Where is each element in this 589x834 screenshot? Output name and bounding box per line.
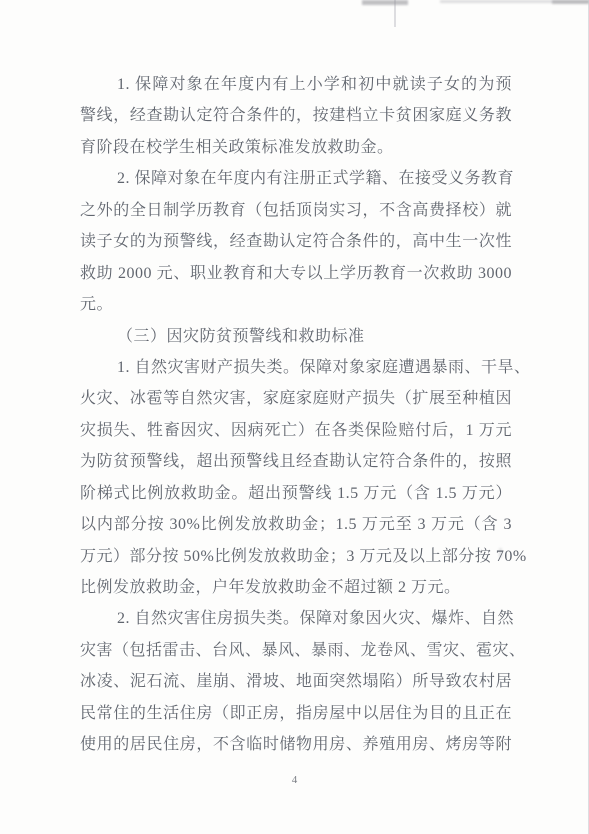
text-line: （三）因灾防贫预警线和救助标准 bbox=[80, 321, 512, 352]
text-line: 2. 保障对象在年度内有注册正式学籍、在接受义务教育 bbox=[80, 163, 512, 194]
text-line: 之外的全日制学历教育（包括顶岗实习，不含高费择校）就 bbox=[80, 195, 512, 226]
text-line: 灾损失、牲畜因灾、因病死亡）在各类保险赔付后，1 万元 bbox=[80, 415, 512, 446]
scan-smudge bbox=[440, 0, 589, 3]
text-line: 阶梯式比例放救助金。超出预警线 1.5 万元（含 1.5 万元） bbox=[80, 478, 512, 509]
text-line: 1. 保障对象在年度内有上小学和初中就读子女的为预 bbox=[80, 69, 512, 100]
text-line: 为防贫预警线，超出预警线且经查勘认定符合条件的，按照 bbox=[80, 446, 512, 477]
text-line: 救助 2000 元、职业教育和大专以上学历教育一次救助 3000 bbox=[80, 258, 512, 289]
text-line: 以内部分按 30%比例发放救助金；1.5 万元至 3 万元（含 3 bbox=[80, 509, 512, 540]
text-line: 读子女的为预警线，经查勘认定符合条件的，高中生一次性 bbox=[80, 226, 512, 257]
text-line: 火灾、冰雹等自然灾害，家庭家庭财产损失（扩展至种植因 bbox=[80, 383, 512, 414]
text-line: 2. 自然灾害住房损失类。保障对象因火灾、爆炸、自然 bbox=[80, 603, 512, 634]
text-line: 警线，经查勘认定符合条件的，按建档立卡贫困家庭义务教 bbox=[80, 100, 512, 131]
text-line: 元。 bbox=[80, 289, 512, 320]
text-line: 使用的居民住房，不含临时储物用房、养殖用房、烤房等附 bbox=[80, 729, 512, 760]
text-line: 万元）部分按 50%比例发放救助金；3 万元及以上部分按 70% bbox=[80, 541, 512, 572]
scan-scratch bbox=[394, 0, 396, 27]
text-line: 冰凌、泥石流、崖崩、滑坡、地面突然塌陷）所导致农村居 bbox=[80, 666, 512, 697]
text-block: 1. 保障对象在年度内有上小学和初中就读子女的为预警线，经查勘认定符合条件的，按… bbox=[80, 69, 512, 761]
document-page: 1. 保障对象在年度内有上小学和初中就读子女的为预警线，经查勘认定符合条件的，按… bbox=[0, 0, 589, 834]
text-line: 民常住的生活住房（即正房，指房屋中以居住为目的且正在 bbox=[80, 698, 512, 729]
text-line: 比例发放救助金，户年发放救助金不超过额 2 万元。 bbox=[80, 572, 512, 603]
text-line: 灾害（包括雷击、台风、暴风、暴雨、龙卷风、雪灾、雹灾、 bbox=[80, 635, 512, 666]
text-line: 育阶段在校学生相关政策标准发放救助金。 bbox=[80, 132, 512, 163]
text-line: 1. 自然灾害财产损失类。保障对象家庭遭遇暴雨、干旱、 bbox=[80, 352, 512, 383]
scan-smudge bbox=[362, 0, 408, 5]
page-number: 4 bbox=[0, 774, 589, 786]
scan-smudge bbox=[552, 0, 589, 4]
